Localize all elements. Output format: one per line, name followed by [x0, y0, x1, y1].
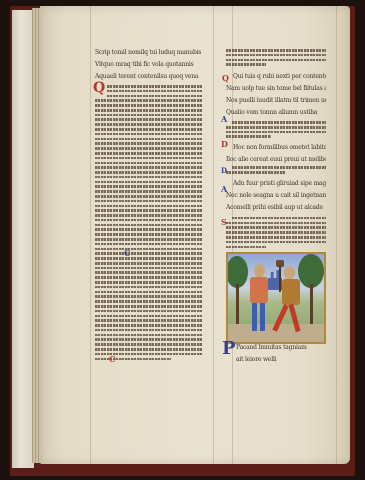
commentary-line [95, 243, 203, 246]
commentary-line [107, 90, 203, 93]
commentary-line [226, 54, 326, 57]
commentary-line [95, 118, 203, 121]
commentary-line [226, 171, 286, 174]
commentary-line [95, 310, 203, 313]
commentary-line [95, 305, 203, 308]
verse-line: Nam uolp tue sin tome bel fiitulas aufti [226, 83, 326, 95]
commentary-line [95, 343, 203, 346]
commentary-line [226, 246, 266, 249]
commentary-line [95, 166, 203, 169]
commentary-line [95, 205, 203, 208]
commentary-line [95, 214, 203, 217]
margin-rule [213, 6, 214, 464]
commentary-line [95, 195, 203, 198]
right-column: Qui tuis q rubi nexti per contente tosa … [226, 49, 326, 250]
commentary-line [226, 222, 326, 225]
commentary-text [95, 85, 203, 360]
commentary-line [95, 99, 203, 102]
rubric-initial: C [109, 354, 115, 364]
verse-line: ait leiore welli [236, 354, 316, 366]
commentary-line [95, 114, 203, 117]
commentary-line [95, 157, 203, 160]
miniature-illustration [226, 252, 326, 344]
commentary-line [95, 348, 203, 351]
verse-line: Nec nole seagna u cait sil ingetnan [226, 190, 326, 202]
commentary-line [95, 109, 203, 112]
commentary-line [95, 329, 203, 332]
commentary-line [95, 152, 203, 155]
commentary-line [95, 315, 203, 318]
rubric-initial: S [221, 217, 227, 227]
figure-left [248, 264, 270, 334]
blue-initial: C [124, 248, 130, 258]
verse-line: Qualio vom tonnn aliumn ustiba [226, 107, 326, 119]
commentary-line [232, 121, 326, 124]
commentary-line [226, 49, 326, 52]
commentary-line [226, 236, 326, 239]
commentary-line [226, 226, 326, 229]
commentary-line [107, 95, 203, 98]
verse-line: Adu fuur pristi gliruiad sipe magnet [226, 178, 326, 190]
commentary-line [95, 257, 203, 260]
commentary-line [95, 324, 203, 327]
commentary-line [95, 171, 203, 174]
commentary-line [95, 224, 203, 227]
commentary-line [95, 133, 203, 136]
commentary-line [232, 217, 326, 220]
commentary-line [95, 319, 203, 322]
verse-line: Hoc non formilibus ometet labitar aliqui [226, 142, 326, 154]
decorated-initial: P [222, 338, 236, 359]
commentary-line [95, 200, 203, 203]
commentary-line [95, 138, 203, 141]
blue-initial: A [221, 114, 227, 124]
commentary-line [226, 126, 326, 129]
commentary-line [95, 228, 203, 231]
commentary-line [95, 338, 203, 341]
verse-line: Nos puelli iuudit illatm til trimen uee … [226, 95, 326, 107]
commentary-line [95, 181, 203, 184]
commentary-line [95, 281, 203, 284]
commentary-line [95, 233, 203, 236]
commentary-line [95, 252, 203, 255]
commentary-line [95, 291, 203, 294]
commentary-line [95, 238, 203, 241]
commentary-line [226, 131, 326, 134]
verse-line: Scrip tomil nomilq tui luduq manubis [95, 47, 203, 59]
commentary-line [95, 142, 203, 145]
commentary-line [95, 295, 203, 298]
verse-line: Pacand lmmitas tagniam [236, 342, 316, 354]
commentary-line [226, 241, 326, 244]
blue-initial: A [221, 184, 227, 194]
commentary-line [95, 276, 203, 279]
rubric-initial: Q [222, 73, 229, 83]
commentary-line [226, 59, 326, 62]
verse-line: Qui tuis q rubi nexti per contente tosa [226, 71, 326, 83]
caption-verses: Pacand lmmitas tagniam ait leiore welli [236, 342, 316, 366]
verse-line: Vitquo mraq tibi fic vola quotannis [95, 59, 203, 71]
commentary-line [95, 209, 203, 212]
commentary-line [95, 162, 203, 165]
margin-rule [90, 6, 91, 464]
verse-line: Aquaeli terent contenilsu quoq vena [95, 71, 203, 83]
commentary-line [95, 262, 203, 265]
blue-initial: D [221, 166, 227, 175]
commentary-line [95, 358, 171, 361]
left-column: Scrip tomil nomilq tui luduq manubis Vit… [95, 47, 203, 362]
margin-rule [336, 6, 337, 464]
commentary-line [95, 248, 203, 251]
verse-line: Acomelli prihi esibil aup ut alcade [226, 202, 326, 214]
commentary-line [95, 219, 203, 222]
commentary-line [95, 267, 203, 270]
commentary-line [107, 85, 203, 88]
commentary-line [95, 300, 203, 303]
commentary-line [95, 286, 203, 289]
commentary-line [95, 185, 203, 188]
rubric-initial: Q [93, 80, 105, 96]
commentary-line [95, 190, 203, 193]
commentary-line [232, 166, 326, 169]
verse-line: Iloc alie cereat euui preui ut melibe [226, 154, 326, 166]
commentary-line [95, 128, 203, 131]
rubric-initial: D [221, 139, 228, 149]
figure-right [274, 260, 304, 336]
commentary-line [95, 104, 203, 107]
commentary-line [95, 123, 203, 126]
commentary-line [95, 147, 203, 150]
commentary-line [95, 176, 203, 179]
commentary-line [95, 334, 203, 337]
commentary-line [226, 135, 271, 138]
commentary-line [226, 231, 326, 234]
commentary-line [95, 271, 203, 274]
commentary-line [226, 63, 266, 66]
flyleaf [12, 10, 34, 468]
